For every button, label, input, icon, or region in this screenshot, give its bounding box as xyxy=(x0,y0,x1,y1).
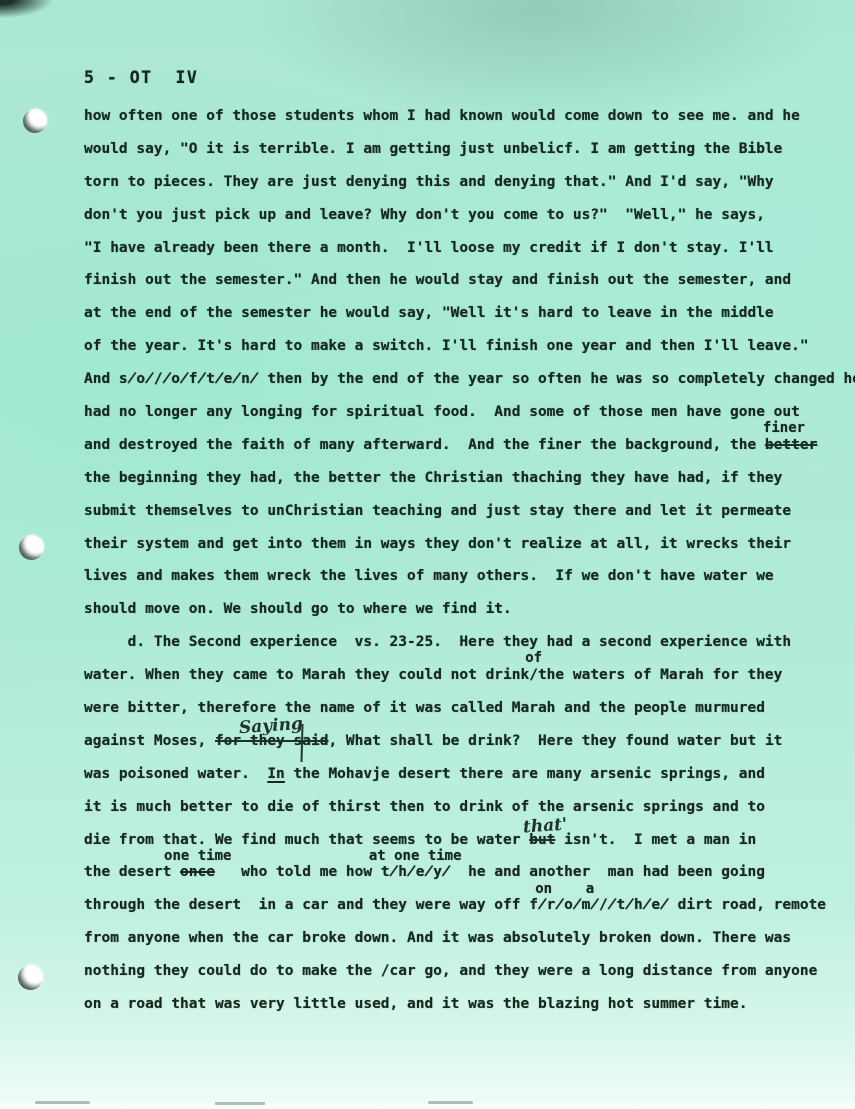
typed-line: and destroyed the faith of many afterwar… xyxy=(84,429,824,462)
text-segment: it is much better to die of thirst then … xyxy=(84,799,765,815)
typed-insertion: on a xyxy=(535,882,594,896)
scan-edge-mark xyxy=(215,1102,265,1105)
text-segment: finish out the semester." And then he wo… xyxy=(84,272,791,288)
typed-line: had no longer any longing for spiritual … xyxy=(84,396,824,429)
typed-line: would say, "O it is terrible. I am getti… xyxy=(84,133,824,166)
text-segment: would say, "O it is terrible. I am getti… xyxy=(84,141,782,157)
hole-punch xyxy=(18,965,43,990)
text-segment: should move on. We should go to where we… xyxy=(84,601,512,617)
typed-line: finish out the semester." And then he wo… xyxy=(84,264,824,297)
typed-line: it is much better to die of thirst then … xyxy=(84,791,824,824)
text-segment: had no longer any longing for spiritual … xyxy=(84,404,800,420)
typed-line: against Moses, for they saidSaying, What… xyxy=(84,725,824,758)
typed-line: through the desert in a car and they wer… xyxy=(84,889,824,922)
struck-text: In xyxy=(267,766,284,782)
typed-lines: how often one of those students whom I h… xyxy=(84,100,824,1021)
struck-text: t̸h̸e̸y̸at one time xyxy=(381,864,451,880)
typed-line: nothing they could do to make the ∕car g… xyxy=(84,955,824,988)
struck-text: s̸o̸/̸o̸f̸t̸e̸n̸ xyxy=(119,371,259,387)
text-segment: was poisoned water. xyxy=(84,766,267,782)
text-segment: then by the end of the year so often he … xyxy=(259,371,855,387)
typed-line: their system and get into them in ways t… xyxy=(84,528,824,561)
typed-line: were bitter, therefore the name of it wa… xyxy=(84,692,824,725)
typed-line: the desert onceone time who told me how … xyxy=(84,856,824,889)
text-segment: who told me how xyxy=(215,864,381,880)
text-segment: dirt road, remote xyxy=(669,897,826,913)
text-segment: of the year. It's hard to make a switch.… xyxy=(84,338,809,354)
scan-edge-mark xyxy=(35,1101,90,1104)
text-segment: /of xyxy=(529,667,538,683)
text-segment: the desert xyxy=(84,864,180,880)
text-segment: , What shall be drink? Here they found w… xyxy=(328,733,782,749)
text-segment: the beginning they had, the better the C… xyxy=(84,470,782,486)
typed-line: lives and makes them wreck the lives of … xyxy=(84,560,824,593)
hole-punch xyxy=(19,535,44,560)
typed-line: of the year. It's hard to make a switch.… xyxy=(84,330,824,363)
text-segment: lives and makes them wreck the lives of … xyxy=(84,568,774,584)
typed-line: was poisoned water. In the Mohavje deser… xyxy=(84,758,824,791)
typed-line: should move on. We should go to where we… xyxy=(84,593,824,626)
text-segment: and destroyed the faith of many afterwar… xyxy=(84,437,765,453)
typed-line: d. The Second experience vs. 23-25. Here… xyxy=(84,626,824,659)
text-segment: the Mohavje desert there are many arseni… xyxy=(285,766,765,782)
typed-line: how often one of those students whom I h… xyxy=(84,100,824,133)
text-segment: their system and get into them in ways t… xyxy=(84,536,791,552)
text-segment: "I have already been there a month. I'll… xyxy=(84,240,774,256)
text-segment: torn to pieces. They are just denying th… xyxy=(84,174,774,190)
typed-line: don't you just pick up and leave? Why do… xyxy=(84,199,824,232)
struck-text: betterfiner xyxy=(765,437,817,453)
text-segment: were bitter, therefore the name of it wa… xyxy=(84,700,765,716)
handwritten-insertion: Saying xyxy=(239,717,304,735)
hole-punch xyxy=(23,109,47,133)
struck-text: butthat' xyxy=(529,832,555,848)
text-segment: don't you just pick up and leave? Why do… xyxy=(84,207,765,223)
typed-insertion: of xyxy=(525,651,542,665)
text-segment: submit themselves to unChristian teachin… xyxy=(84,503,791,519)
text-segment: water. When they came to Marah they coul… xyxy=(84,667,529,683)
struck-text: for they saidSaying xyxy=(215,733,329,749)
typed-line: from anyone when the car broke down. And… xyxy=(84,922,824,955)
scan-corner-shadow xyxy=(0,0,52,18)
struck-text: f̸r̸o̸m̸/̸t̸h̸e̸on a xyxy=(529,897,669,913)
typed-line: And s̸o̸/̸o̸f̸t̸e̸n̸ then by the end of … xyxy=(84,363,824,396)
typed-line: torn to pieces. They are just denying th… xyxy=(84,166,824,199)
scanned-document-page: 5 - OT IV how often one of those student… xyxy=(0,0,855,1109)
text-segment: through the desert in a car and they wer… xyxy=(84,897,529,913)
scan-edge-mark xyxy=(428,1101,473,1104)
typed-insertion: one time xyxy=(164,849,231,863)
text-segment: And xyxy=(84,371,119,387)
text-segment: he and another man had been going xyxy=(451,864,765,880)
struck-text: onceone time xyxy=(180,864,215,880)
text-segment: on a road that was very little used, and… xyxy=(84,996,747,1012)
text-segment: d. The Second experience vs. 23-25. Here… xyxy=(84,634,791,650)
text-segment: how often one of those students whom I h… xyxy=(84,108,800,124)
text-segment: nothing they could do to make the ∕car g… xyxy=(84,963,817,979)
text-segment: die from that. We find much that seems t… xyxy=(84,832,529,848)
text-segment: against Moses, xyxy=(84,733,215,749)
typed-insertion: at one time xyxy=(369,849,462,863)
typed-insertion: finer xyxy=(763,421,805,435)
typed-line: at the end of the semester he would say,… xyxy=(84,297,824,330)
text-segment: the waters of Marah for they xyxy=(538,667,782,683)
typed-line: on a road that was very little used, and… xyxy=(84,988,824,1021)
insertion-caret-line xyxy=(300,724,303,762)
typed-line: the beginning they had, the better the C… xyxy=(84,462,824,495)
typed-line: submit themselves to unChristian teachin… xyxy=(84,495,824,528)
typed-line: "I have already been there a month. I'll… xyxy=(84,232,824,265)
page-header: 5 - OT IV xyxy=(84,68,198,87)
text-segment: from anyone when the car broke down. And… xyxy=(84,930,791,946)
text-segment: isn't. I met a man in xyxy=(555,832,756,848)
text-segment: at the end of the semester he would say,… xyxy=(84,305,774,321)
typed-line: water. When they came to Marah they coul… xyxy=(84,659,824,692)
